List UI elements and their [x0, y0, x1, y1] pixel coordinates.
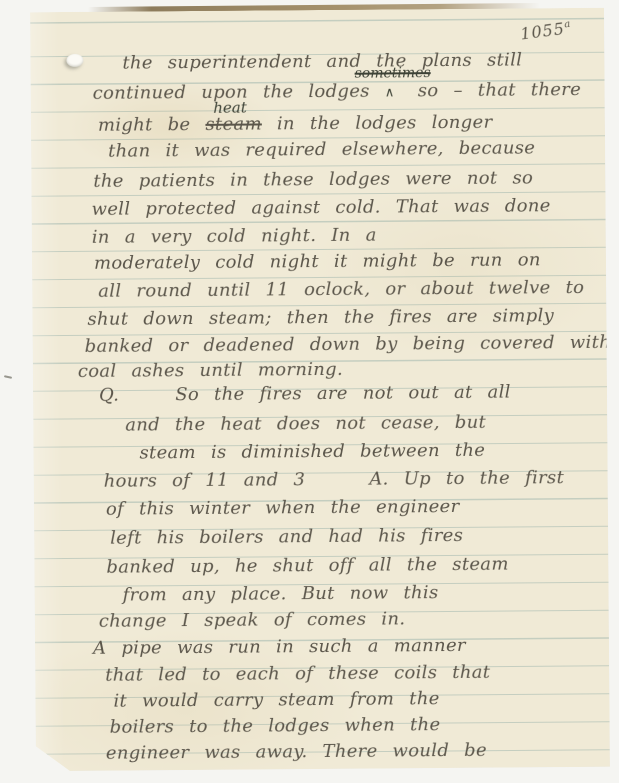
manuscript-line: and the heat does not cease, but [125, 413, 486, 436]
handwritten-text: it would carry steam from the [113, 688, 439, 712]
manuscript-line: continued upon the lodges ∧sometimes so … [93, 80, 582, 106]
manuscript-line: from any place. But now this [123, 583, 439, 605]
handwritten-text: well protected against cold. That was do… [91, 195, 550, 220]
inserted-word: heat [213, 98, 247, 118]
handwritten-text: boilers to the lodges when the [110, 714, 441, 738]
margin-mark [4, 375, 12, 379]
manuscript-line: all round until 11 oclock, or about twel… [98, 278, 584, 302]
handwritten-text: A pipe was run in such a manner [93, 635, 466, 659]
manuscript-line: the superintendent and the plans still [122, 50, 522, 73]
manuscript-line: shut down steam; then the fires are simp… [87, 306, 554, 330]
handwritten-text: shut down steam; then the fires are simp… [87, 305, 554, 330]
handwritten-text: might be [98, 114, 191, 136]
handwritten-text: the superintendent and the plans still [122, 49, 522, 73]
handwritten-text: so – that there [418, 79, 581, 101]
handwritten-text: the patients in these lodges were not so [93, 167, 533, 191]
manuscript-line: banked up, he shut off all the steam [106, 555, 508, 578]
manuscript-line: of this winter when the engineer [106, 497, 460, 520]
manuscript-line: might be steamheat in the lodges longer [98, 113, 493, 136]
manuscript-line: in a very cold night. In a [92, 226, 377, 248]
manuscript-line: steam is diminished between the [139, 441, 485, 464]
insertion-caret: ∧sometimes [385, 81, 403, 103]
manuscript-line: coal ashes until morning. [78, 360, 343, 382]
manuscript-line: Q. So the fires are not out at all [99, 383, 511, 406]
handwritten-text: steam is diminished between the [139, 440, 485, 464]
manuscript-text-layer: the superintendent and the plans still c… [30, 8, 610, 771]
manuscript-line: A pipe was run in such a manner [93, 636, 466, 659]
correction: steamheat [205, 113, 262, 134]
handwritten-text: A. Up to the first [369, 467, 564, 490]
manuscript-line: moderately cold night it might be run on [94, 250, 541, 274]
manuscript-line: left his boilers and had his fires [110, 526, 463, 549]
handwritten-text: moderately cold night it might be run on [94, 249, 541, 274]
manuscript-line: well protected against cold. That was do… [92, 196, 551, 220]
handwritten-text: all round until 11 oclock, or about twel… [98, 277, 584, 302]
manuscript-line: that led to each of these coils that [105, 663, 490, 686]
handwritten-text: coal ashes until morning. [78, 359, 343, 382]
handwritten-text: in the lodges longer [277, 112, 493, 135]
manuscript-line: engineer was away. There would be [106, 741, 487, 764]
handwritten-text: hours of 11 and 3 [104, 469, 306, 492]
handwritten-text: than it was required elsewhere, because [108, 137, 535, 161]
handwritten-text: banked or deadened down by being covered… [85, 332, 612, 357]
handwritten-text: Q. [99, 385, 119, 406]
handwritten-text: of this winter when the engineer [106, 496, 460, 520]
manuscript-line: boilers to the lodges when the [110, 715, 441, 738]
caret-icon: ∧ [385, 85, 395, 100]
handwritten-text: in a very cold night. In a [92, 225, 377, 248]
scan-background: 1055a the superintendent and the plans s… [0, 0, 619, 783]
handwritten-text: that led to each of these coils that [105, 662, 490, 686]
manuscript-line: hours of 11 and 3 A. Up to the first [104, 468, 565, 492]
manuscript-page: 1055a the superintendent and the plans s… [30, 8, 610, 771]
manuscript-line: banked or deadened down by being covered… [85, 333, 612, 357]
manuscript-line: change I speak of comes in. [99, 609, 406, 631]
handwritten-text: So the fires are not out at all [175, 382, 511, 406]
manuscript-line: the patients in these lodges were not so [93, 168, 533, 191]
handwritten-text: banked up, he shut off all the steam [106, 554, 508, 578]
handwritten-text: and the heat does not cease, but [125, 412, 486, 436]
manuscript-line: than it was required elsewhere, because [108, 138, 535, 161]
handwritten-text: change I speak of comes in. [99, 608, 406, 631]
handwritten-text: engineer was away. There would be [106, 740, 487, 764]
handwritten-text: from any place. But now this [123, 582, 439, 605]
inserted-word: sometimes [355, 63, 431, 84]
manuscript-line: it would carry steam from the [113, 689, 439, 712]
handwritten-text: left his boilers and had his fires [110, 525, 463, 549]
